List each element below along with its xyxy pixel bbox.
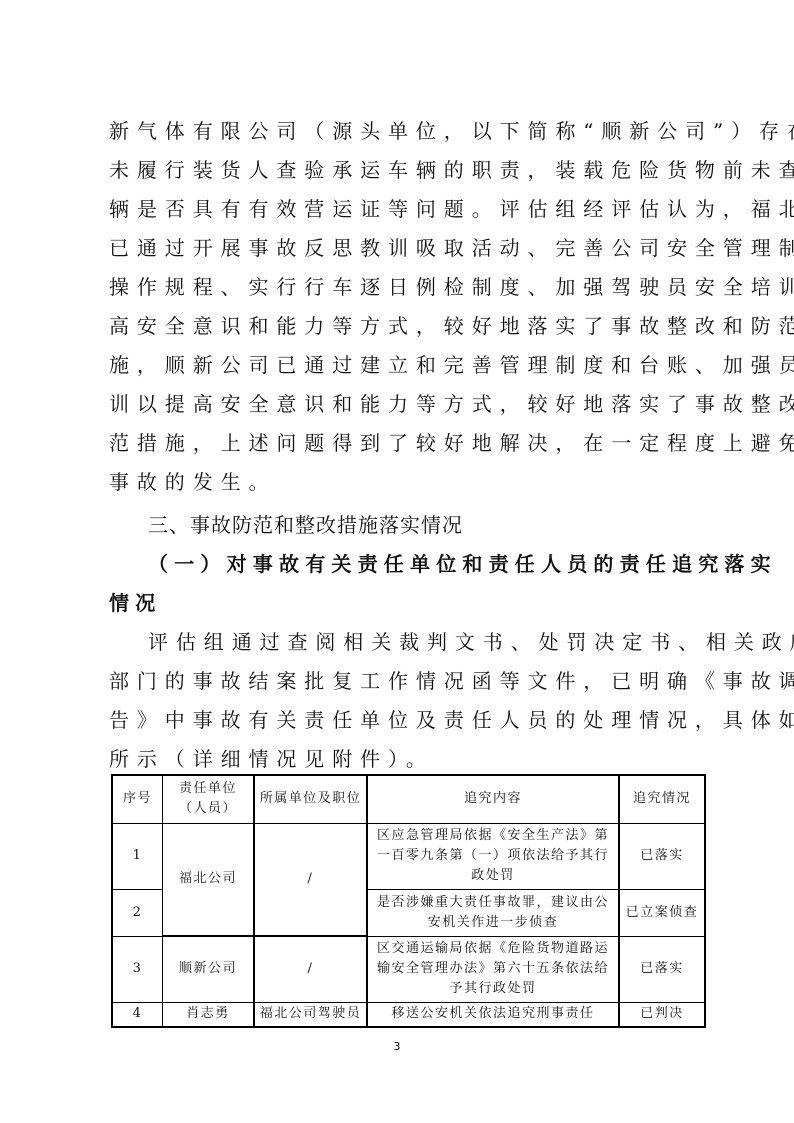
cell-no: 1 — [112, 823, 163, 889]
text-line: 已通过开展事故反思教训吸取活动、完善公司安全管理制度和 — [109, 229, 699, 268]
text-line: 辆是否具有有效营运证等问题。评估组经评估认为，福北公司 — [109, 190, 699, 229]
section-heading: 三、事故防范和整改措施落实情况 — [148, 506, 463, 545]
cell-status: 已立案侦查 — [619, 889, 705, 936]
subsection-heading: （一）对事故有关责任单位和责任人员的责任追究落实 — [148, 545, 777, 584]
cell-position: 福北公司驾驶员 — [254, 1002, 367, 1027]
text-line: 高安全意识和能力等方式，较好地落实了事故整改和防范措 — [109, 307, 699, 346]
cell-unit: 顺新公司 — [163, 936, 255, 1002]
header-position: 所属单位及职位 — [254, 775, 367, 823]
cell-content: 区应急管理局依据《安全生产法》第一百零九条第（一）项依法给予其行政处罚 — [367, 823, 619, 889]
text-line: 事故的发生。 — [109, 463, 699, 502]
table-header-row: 序号 责任单位 （人员） 所属单位及职位 追究内容 追究情况 — [112, 775, 705, 823]
cell-no: 4 — [112, 1002, 163, 1027]
text-line: 施，顺新公司已通过建立和完善管理制度和台账、加强员工培 — [109, 346, 699, 385]
text-line: 部门的事故结案批复工作情况函等文件，已明确《事故调查报 — [109, 662, 699, 701]
cell-position: / — [254, 936, 367, 1002]
accountability-table: 序号 责任单位 （人员） 所属单位及职位 追究内容 追究情况 1 福北公司 / … — [111, 774, 706, 1028]
table-row: 4 肖志勇 福北公司驾驶员 移送公安机关依法追究刑事责任 已判决 — [112, 1002, 705, 1027]
cell-content: 区交通运输局依据《危险货物道路运输安全管理办法》第六十五条依法给予其行政处罚 — [367, 936, 619, 1002]
cell-no: 3 — [112, 936, 163, 1002]
cell-content: 是否涉嫌重大责任事故罪，建议由公安机关作进一步侦查 — [367, 889, 619, 936]
text-line: 新气体有限公司（源头单位，以下简称“顺新公司”）存在的 — [109, 112, 699, 151]
text-line: 未履行装货人查验承运车辆的职责，装载危险货物前未查验车 — [109, 151, 699, 190]
cell-status: 已落实 — [619, 823, 705, 889]
cell-no: 2 — [112, 889, 163, 936]
text-line: 操作规程、实行行车逐日例检制度、加强驾驶员安全培训以提 — [109, 268, 699, 307]
text-line: 告》中事故有关责任单位及责任人员的处理情况，具体如下表 — [109, 701, 699, 740]
paragraph-assessment-conclusion: 新气体有限公司（源头单位，以下简称“顺新公司”）存在的 未履行装货人查验承运车辆… — [109, 112, 699, 502]
header-content: 追究内容 — [367, 775, 619, 823]
cell-position: / — [254, 823, 367, 936]
cell-status: 已落实 — [619, 936, 705, 1002]
cell-unit: 肖志勇 — [163, 1002, 255, 1027]
table-row: 3 顺新公司 / 区交通运输局依据《危险货物道路运输安全管理办法》第六十五条依法… — [112, 936, 705, 1002]
header-no: 序号 — [112, 775, 163, 823]
paragraph-accountability-intro: 评估组通过查阅相关裁判文书、处罚决定书、相关政府 部门的事故结案批复工作情况函等… — [109, 623, 699, 779]
text-line: 范措施，上述问题得到了较好地解决，在一定程度上避免同类 — [109, 424, 699, 463]
cell-status: 已判决 — [619, 1002, 705, 1027]
header-unit: 责任单位 （人员） — [163, 775, 255, 823]
subsection-heading-continued: 情况 — [109, 584, 161, 623]
document-page: 新气体有限公司（源头单位，以下简称“顺新公司”）存在的 未履行装货人查验承运车辆… — [0, 0, 794, 1123]
header-status: 追究情况 — [619, 775, 705, 823]
text-line: 训以提高安全意识和能力等方式，较好地落实了事故整改和防 — [109, 385, 699, 424]
cell-content: 移送公安机关依法追究刑事责任 — [367, 1002, 619, 1027]
cell-unit: 福北公司 — [163, 823, 255, 936]
page-number: 3 — [0, 1040, 794, 1053]
header-unit-line2: （人员） — [165, 799, 251, 819]
header-unit-line1: 责任单位 — [165, 779, 251, 799]
table-row: 1 福北公司 / 区应急管理局依据《安全生产法》第一百零九条第（一）项依法给予其… — [112, 823, 705, 889]
text-line: 评估组通过查阅相关裁判文书、处罚决定书、相关政府 — [109, 623, 699, 662]
